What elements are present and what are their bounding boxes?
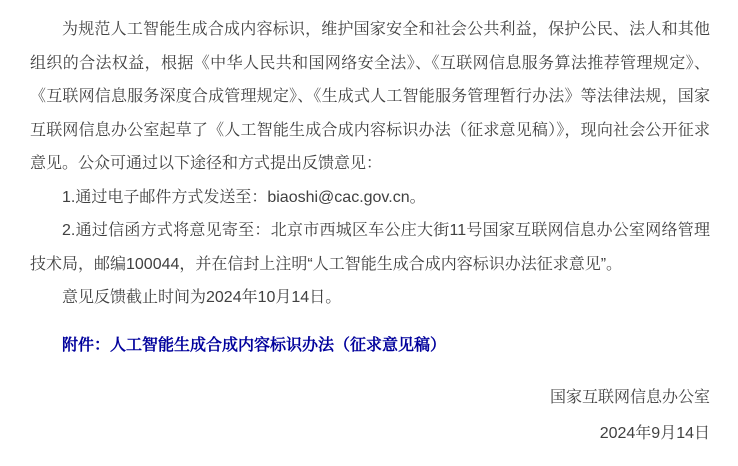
notice-paragraph-mail-address: 2.通过信函方式将意见寄至：北京市西城区车公庄大街11号国家互联网信息办公室网络… xyxy=(30,214,710,281)
attachment-link[interactable]: 附件：人工智能生成合成内容标识办法（征求意见稿） xyxy=(62,337,446,354)
notice-document: 为规范人工智能生成合成内容标识，维护国家安全和社会公共利益，保护公民、法人和其他… xyxy=(0,0,738,466)
signature-date: 2024年9月14日 xyxy=(30,417,710,451)
notice-paragraph-deadline: 意见反馈截止时间为2024年10月14日。 xyxy=(30,281,710,315)
signature-organization: 国家互联网信息办公室 xyxy=(30,381,710,415)
notice-paragraph-intro: 为规范人工智能生成合成内容标识，维护国家安全和社会公共利益，保护公民、法人和其他… xyxy=(30,13,710,181)
attachment-line: 附件：人工智能生成合成内容标识办法（征求意见稿） xyxy=(30,329,710,363)
notice-paragraph-email: 1.通过电子邮件方式发送至：biaoshi@cac.gov.cn。 xyxy=(30,181,710,215)
